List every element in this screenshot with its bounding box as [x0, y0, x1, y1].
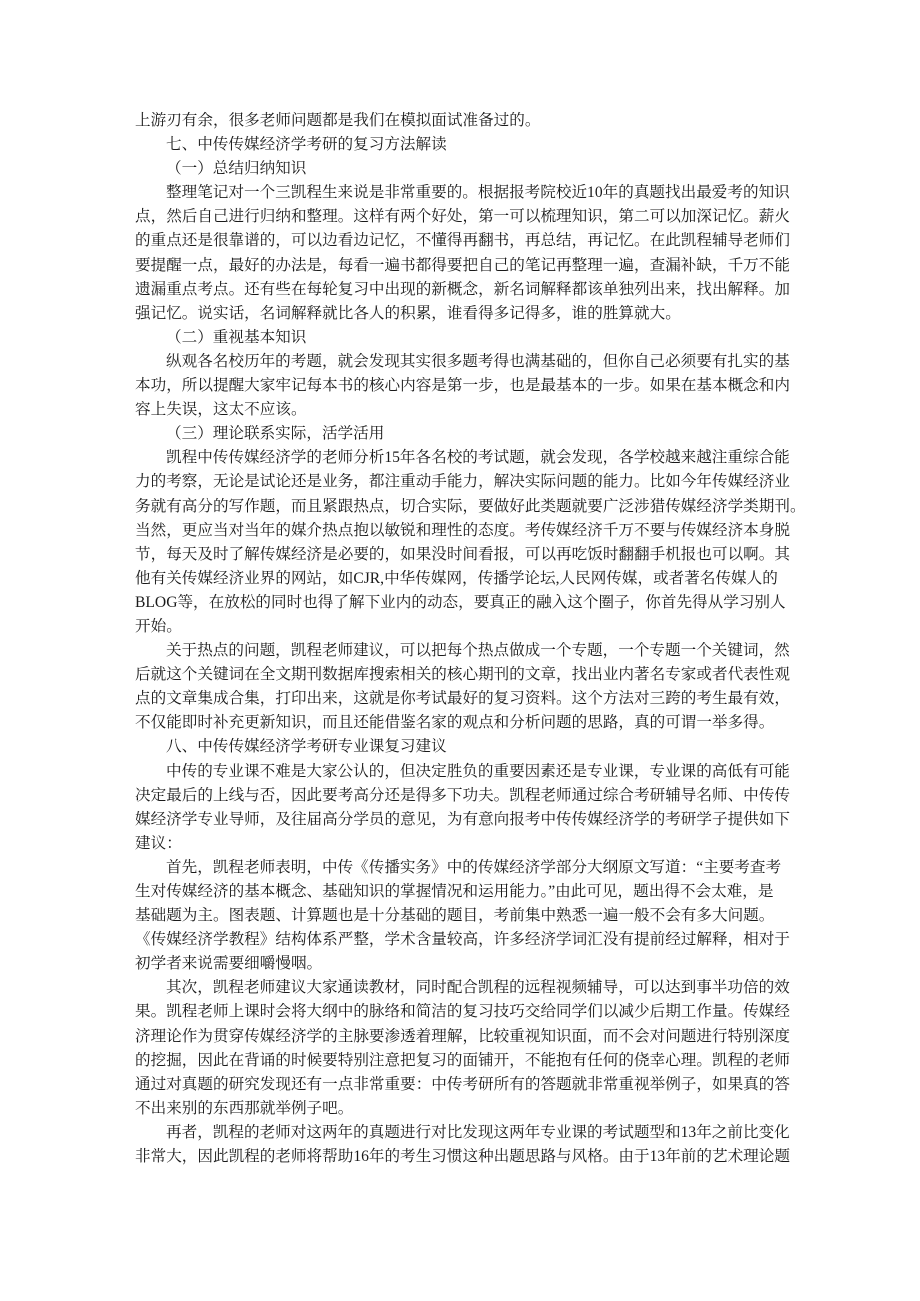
text-line: （三）理论联系实际，活学活用: [135, 422, 795, 446]
text-line: 不仅能即时补充更新知识，而且还能借鉴名家的观点和分析问题的思路，真的可谓一举多得…: [135, 711, 795, 735]
text-line: 点的文章集成合集，打印出来，这就是你考试最好的复习资料。这个方法对三跨的考生最有…: [135, 687, 795, 711]
text-line: 再者，凯程的老师对这两年的真题进行对比发现这两年专业课的考试题型和13年之前比变…: [135, 1121, 795, 1145]
text-line: 后就这个关键词在全文期刊数据库搜索相关的核心期刊的文章，找出业内著名专家或者代表…: [135, 663, 795, 687]
text-line: 容上失误，这太不应该。: [135, 398, 795, 422]
text-line: 务就有高分的写作题，而且紧跟热点，切合实际，要做好此类题就要广泛涉猎传媒经济学类…: [135, 495, 795, 519]
text-line: 的挖掘，因此在背诵的时候要特别注意把复习的面铺开，不能抱有任何的侥幸心理。凯程的…: [135, 1049, 795, 1073]
text-line: BLOG等，在放松的同时也得了解下业内的动态，要真正的融入这个圈子，你首先得从学…: [135, 591, 795, 615]
text-line: 中传的专业课不难是大家公认的，但决定胜负的重要因素还是专业课，专业课的高低有可能: [135, 760, 795, 784]
text-line: 整理笔记对一个三凯程生来说是非常重要的。根据报考院校近10年的真题找出最爱考的知…: [135, 181, 795, 205]
text-line: 通过对真题的研究发现还有一点非常重要：中传考研所有的答题就非常重视举例子，如果真…: [135, 1073, 795, 1097]
text-line: 首先，凯程老师表明，中传《传播实务》中的传媒经济学部分大纲原文写道：“主要考查考: [135, 856, 795, 880]
text-line: 力的考察，无论是试论还是业务，都注重动手能力，解决实际问题的能力。比如今年传媒经…: [135, 470, 795, 494]
text-line: 八、中传传媒经济学考研专业课复习建议: [135, 735, 795, 759]
text-line: 凯程中传传媒经济学的老师分析15年各名校的考试题，就会发现，各学校越来越注重综合…: [135, 446, 795, 470]
text-line: 遗漏重点考点。还有些在每轮复习中出现的新概念，新名词解释都该单独列出来，找出解释…: [135, 278, 795, 302]
text-line: 初学者来说需要细嚼慢咽。: [135, 952, 795, 976]
text-line: 要提醒一点，最好的办法是，每看一遍书都得要把自己的笔记再整理一遍，查漏补缺，千万…: [135, 254, 795, 278]
text-line: 其次，凯程老师建议大家通读教材，同时配合凯程的远程视频辅导，可以达到事半功倍的效: [135, 976, 795, 1000]
text-line: （一）总结归纳知识: [135, 157, 795, 181]
text-line: 基础题为主。图表题、计算题也是十分基础的题目，考前集中熟悉一遍一般不会有多大问题…: [135, 904, 795, 928]
text-line: 生对传媒经济的基本概念、基础知识的掌握情况和运用能力。”由此可见，题出得不会太难…: [135, 880, 795, 904]
text-line: 决定最后的上线与否，因此要考高分还是得多下功夫。凯程老师通过综合考研辅导名师、中…: [135, 784, 795, 808]
text-line: 纵观各名校历年的考题，就会发现其实很多题考得也满基础的，但你自己必须要有扎实的基: [135, 350, 795, 374]
text-line: 点，然后自己进行归纳和整理。这样有两个好处，第一可以梳理知识，第二可以加深记忆。…: [135, 205, 795, 229]
text-line: 他有关传媒经济业界的网站，如CJR,中华传媒网，传播学论坛,人民网传媒，或者著名…: [135, 567, 795, 591]
text-line: 当然，更应当对当年的媒介热点抱以敏锐和理性的态度。考传媒经济千万不要与传媒经济本…: [135, 519, 795, 543]
text-line: 关于热点的问题，凯程老师建议，可以把每个热点做成一个专题，一个专题一个关键词，然: [135, 639, 795, 663]
text-line: 节，每天及时了解传媒经济是必要的，如果没时间看报，可以再吃饭时翻翻手机报也可以啊…: [135, 543, 795, 567]
text-line: 果。凯程老师上课时会将大纲中的脉络和简洁的复习技巧交给同学们以减少后期工作量。传…: [135, 1000, 795, 1024]
text-line: 七、中传传媒经济学考研的复习方法解读: [135, 133, 795, 157]
text-line: 上游刃有余，很多老师问题都是我们在模拟面试准备过的。: [135, 109, 795, 133]
text-line: 本功，所以提醒大家牢记每本书的核心内容是第一步，也是最基本的一步。如果在基本概念…: [135, 374, 795, 398]
text-line: 的重点还是很靠谱的，可以边看边记忆，不懂得再翻书，再总结，再记忆。在此凯程辅导老…: [135, 229, 795, 253]
text-line: 《传媒经济学教程》结构体系严整，学术含量较高，许多经济学词汇没有提前经过解释，相…: [135, 928, 795, 952]
text-line: 媒经济学专业导师，及往届高分学员的意见，为有意向报考中传传媒经济学的考研学子提供…: [135, 808, 795, 832]
text-line: 开始。: [135, 615, 795, 639]
text-line: （二）重视基本知识: [135, 326, 795, 350]
text-line: 非常大，因此凯程的老师将帮助16年的考生习惯这种出题思路与风格。由于13年前的艺…: [135, 1145, 795, 1169]
text-line: 强记忆。说实话，名词解释就比各人的积累，谁看得多记得多，谁的胜算就大。: [135, 302, 795, 326]
text-line: 建议：: [135, 832, 795, 856]
document-body: 上游刃有余，很多老师问题都是我们在模拟面试准备过的。七、中传传媒经济学考研的复习…: [135, 109, 795, 1169]
document-page: 上游刃有余，很多老师问题都是我们在模拟面试准备过的。七、中传传媒经济学考研的复习…: [0, 0, 920, 1301]
text-line: 济理论作为贯穿传媒经济学的主脉要渗透着理解，比较重视知识面，而不会对问题进行特别…: [135, 1025, 795, 1049]
text-line: 不出来别的东西那就举例子吧。: [135, 1097, 795, 1121]
